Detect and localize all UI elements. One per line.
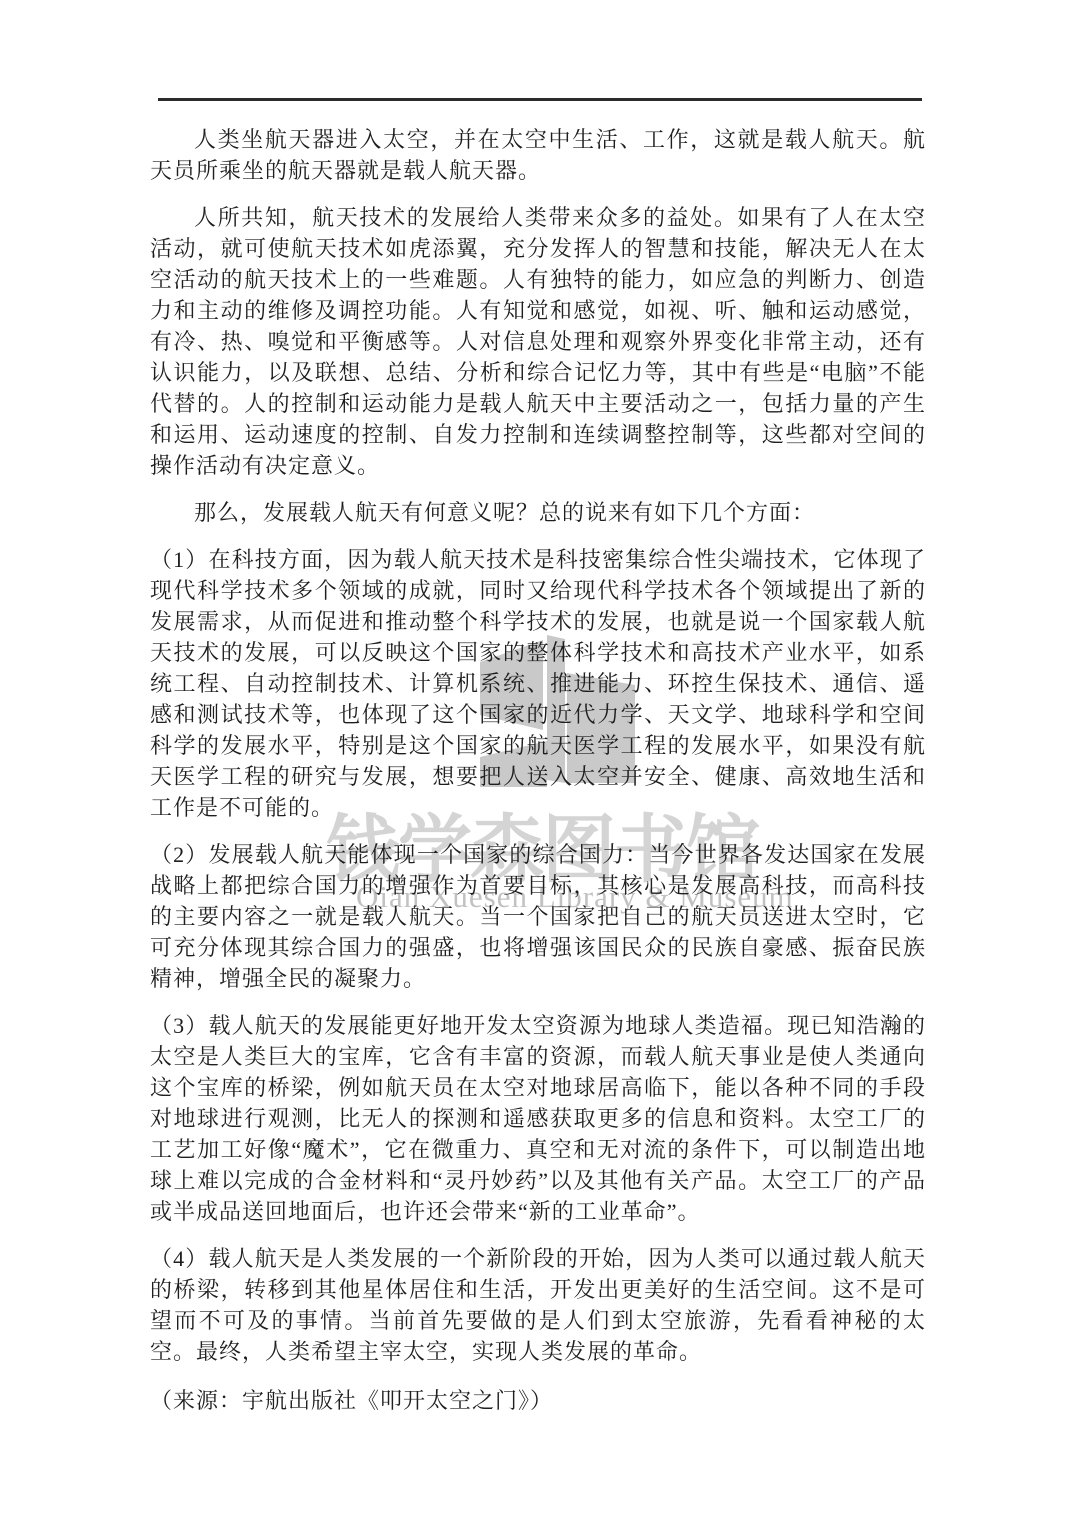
top-horizontal-rule	[158, 98, 922, 101]
paragraph-intro: 人类坐航天器进入太空，并在太空中生活、工作，这就是载人航天。航天员所乘坐的航天器…	[150, 124, 926, 186]
paragraph-item-1: （1）在科技方面，因为载人航天技术是科技密集综合性尖端技术，它体现了现代科学技术…	[150, 544, 926, 823]
paragraph-item-2: （2）发展载人航天能体现一个国家的综合国力：当今世界各发达国家在发展战略上都把综…	[150, 839, 926, 994]
article-body: 人类坐航天器进入太空，并在太空中生活、工作，这就是载人航天。航天员所乘坐的航天器…	[150, 124, 926, 1432]
source-attribution: （来源：宇航出版社《叩开太空之门》）	[150, 1385, 926, 1416]
document-page: 钱学森图书馆 Qian Xuesen Library & Museum 人类坐航…	[0, 0, 1074, 1520]
paragraph-item-4: （4）载人航天是人类发展的一个新阶段的开始，因为人类可以通过载人航天的桥梁，转移…	[150, 1243, 926, 1367]
paragraph-benefits: 人所共知，航天技术的发展给人类带来众多的益处。如果有了人在太空活动，就可使航天技…	[150, 202, 926, 481]
paragraph-question: 那么，发展载人航天有何意义呢？总的说来有如下几个方面：	[150, 497, 926, 528]
paragraph-item-3: （3）载人航天的发展能更好地开发太空资源为地球人类造福。现已知浩瀚的太空是人类巨…	[150, 1010, 926, 1227]
